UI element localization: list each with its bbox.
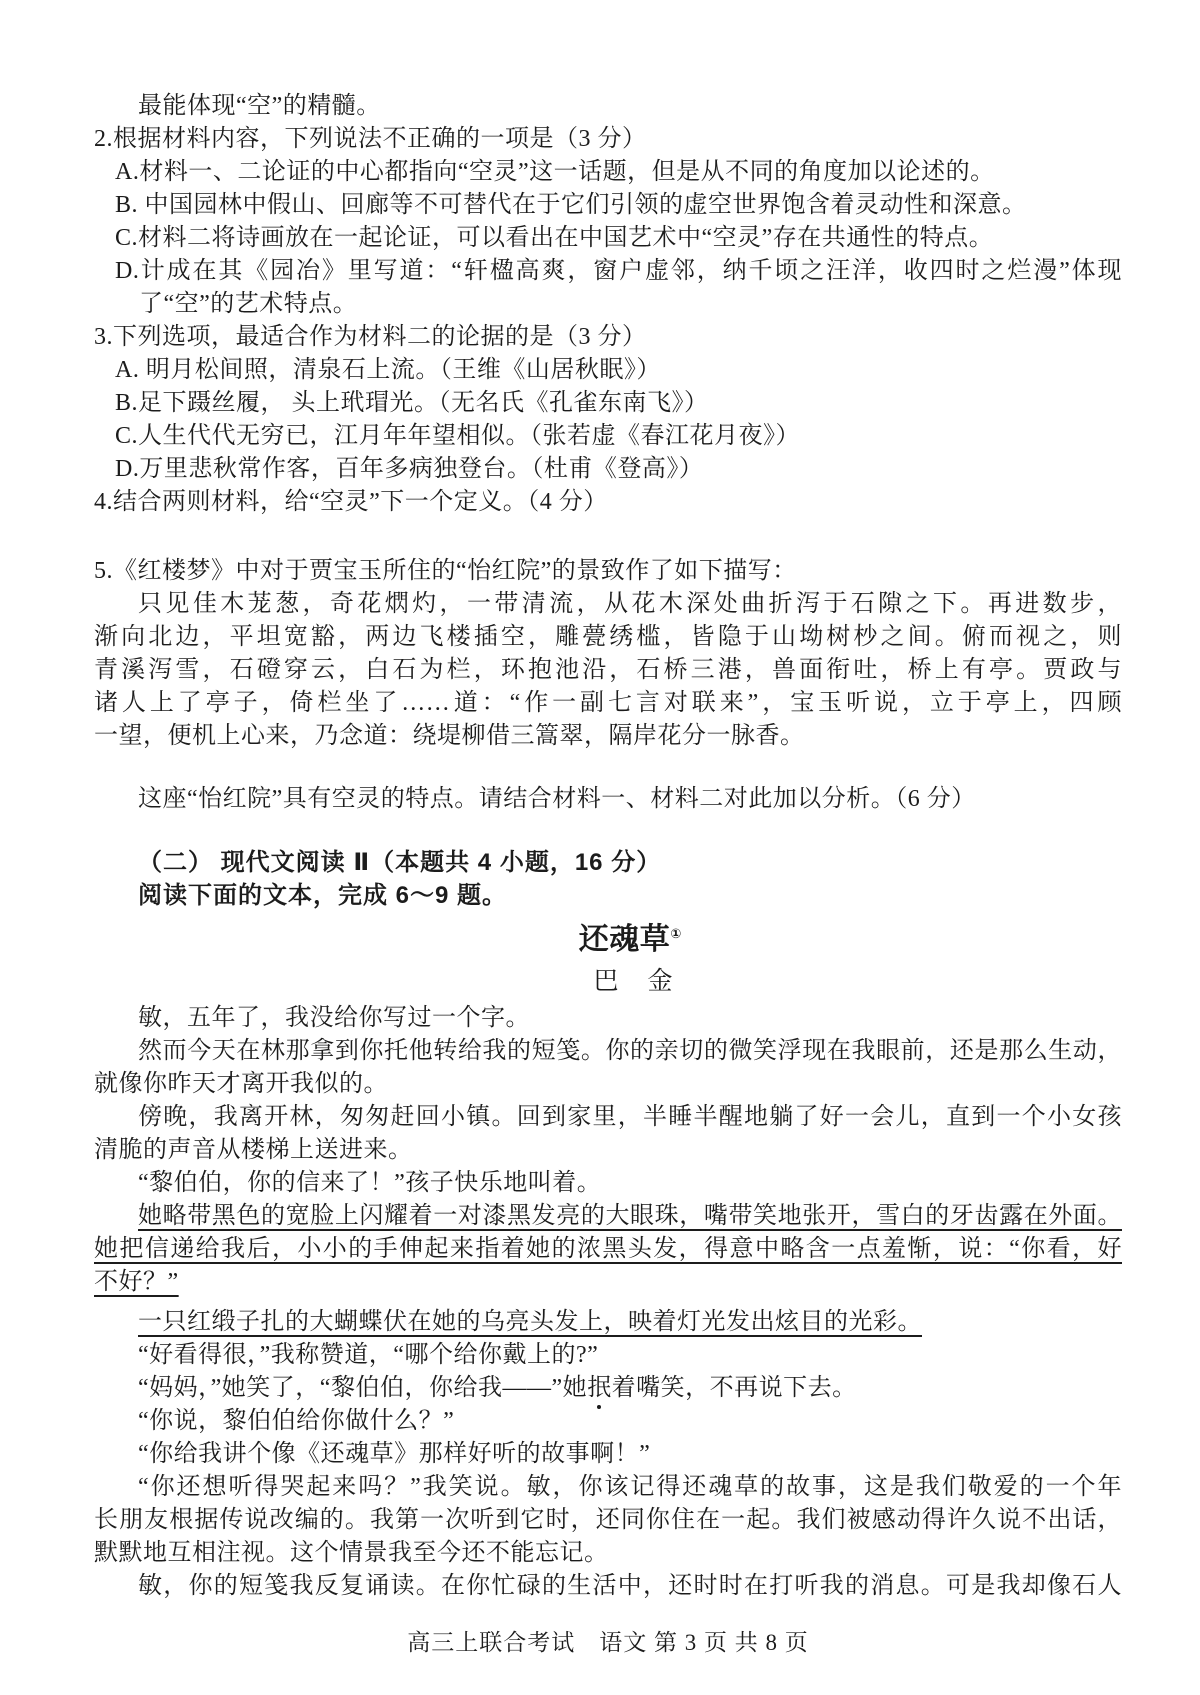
text-segment: 她把信递给我后，小小的手伸起来指着她的浓黑头发，得意中略含一点羞惭，说：“你看，… [94, 1236, 1122, 1262]
question-2-option-b: B. 中国园林中假山、回廊等不可替代在于它们引领的虚空世界饱含着灵动性和深意。 [94, 189, 1122, 222]
passage-line-underlined: 一只红缎子扎的大蝴蝶伏在她的乌亮头发上，映着灯光发出炫目的光彩。 [94, 1306, 1122, 1339]
passage-line: “你说，黎伯伯给你做什么？” [94, 1405, 1122, 1438]
question-3-option-b: B.足下蹑丝履， 头上玳瑁光。（无名氏《孔雀东南飞》） [94, 387, 1122, 420]
passage-line: “黎伯伯，你的信来了！”孩子快乐地叫着。 [94, 1167, 1122, 1200]
text-segment: 着嘴笑，不再说下去。 [612, 1375, 857, 1401]
passage-author: 巴 金 [120, 962, 1148, 1002]
text-segment: “你给我讲个像《还魂草》那样好听的故事啊！” [138, 1441, 650, 1467]
passage-line: 清脆的声音从楼梯上送进来。 [94, 1134, 1122, 1167]
exam-page: 最能体现“空”的精髓。2.根据材料内容，下列说法不正确的一项是（3 分）A.材料… [0, 0, 1200, 1695]
passage-line: 敏，五年了，我没给你写过一个字。 [94, 1002, 1122, 1035]
text-segment: 她略带黑色的宽脸上闪耀着一对漆黑发亮的大眼珠，嘴带笑地张开，雪白的牙齿露在外面。 [138, 1203, 1122, 1229]
document-lines: 最能体现“空”的精髓。2.根据材料内容，下列说法不正确的一项是（3 分）A.材料… [94, 90, 1122, 1603]
text-segment: C.人生代代无穷已，江月年年望相似。（张若虚《春江花月夜》） [115, 423, 800, 449]
passage-line: 傍晚，我离开林，匆匆赶回小镇。回到家里，半睡半醒地躺了好一会儿，直到一个小女孩 [94, 1101, 1122, 1134]
text-segment: 长朋友根据传说改编的。我第一次听到它时，还同你住在一起。我们被感动得许久说不出话… [94, 1507, 1122, 1533]
question-3-option-c: C.人生代代无穷已，江月年年望相似。（张若虚《春江花月夜》） [94, 420, 1122, 453]
text-segment: 还魂草 [579, 923, 671, 956]
text-segment: 4.结合两则材料，给“空灵”下一个定义。（4 分） [94, 489, 608, 515]
text-segment: D.计成在其《园冶》里写道：“轩楹高爽，窗户虚邻，纳千顷之汪洋，收四时之烂漫”体… [115, 258, 1122, 284]
passage-line: 长朋友根据传说改编的。我第一次听到它时，还同你住在一起。我们被感动得许久说不出话… [94, 1504, 1122, 1537]
text-segment: 这座“怡红院”具有空灵的特点。请结合材料一、材料二对此加以分析。（6 分） [138, 786, 976, 812]
text-segment: 5.《红楼梦》中对于贾宝玉所住的“怡红院”的景致作了如下描写： [94, 558, 797, 584]
question-3-option-d: D.万里悲秋常作客，百年多病独登台。（杜甫《登高》） [94, 453, 1122, 486]
text-segment: 然而今天在林那拿到你托他转给我的短笺。你的亲切的微笑浮现在我眼前，还是那么生动， [138, 1038, 1122, 1064]
text-segment: “黎伯伯，你的信来了！”孩子快乐地叫着。 [138, 1170, 601, 1196]
passage-title: 还魂草① [116, 912, 1144, 962]
text-segment: （二） 现代文阅读 Ⅱ（本题共 4 小题，16 分） [138, 849, 661, 876]
passage-line: “你还想听得哭起来吗？”我笑说。敏，你该记得还魂草的故事，这是我们敬爱的一个年 [94, 1471, 1122, 1504]
passage-line-emphasis: “妈妈，”她笑了，“黎伯伯，你给我——”她抿着嘴笑，不再说下去。 [94, 1372, 1122, 1405]
text-segment: 傍晚，我离开林，匆匆赶回小镇。回到家里，半睡半醒地躺了好一会儿，直到一个小女孩 [138, 1104, 1122, 1130]
text-segment: 渐向北边，平坦宽豁，两边飞楼插空，雕甍绣槛，皆隐于山坳树杪之间。俯而视之，则 [94, 624, 1122, 650]
text-segment: D.万里悲秋常作客，百年多病独登台。（杜甫《登高》） [115, 456, 703, 482]
text-segment: 青溪泻雪，石磴穿云，白石为栏，环抱池沿，石桥三港，兽面衔吐，桥上有亭。贾政与 [94, 657, 1122, 683]
text-segment: 不好？” [94, 1269, 179, 1295]
passage-line-underlined: 她把信递给我后，小小的手伸起来指着她的浓黑头发，得意中略含一点羞惭，说：“你看，… [94, 1233, 1122, 1266]
question-3-option-a: A. 明月松间照，清泉石上流。（王维《山居秋眠》） [94, 354, 1122, 387]
text-segment: 阅读下面的文本，完成 6～9 题。 [138, 882, 507, 909]
passage-line: 然而今天在林那拿到你托他转给我的短笺。你的亲切的微笑浮现在我眼前，还是那么生动， [94, 1035, 1122, 1068]
text-segment: C.材料二将诗画放在一起论证，可以看出在中国艺术中“空灵”存在共通性的特点。 [115, 225, 993, 251]
text-segment: A. 明月松间照，清泉石上流。（王维《山居秋眠》） [115, 357, 661, 383]
carryover-line: 最能体现“空”的精髓。 [94, 90, 1122, 123]
text-segment: “妈妈，”她笑了，“黎伯伯，你给我——”她 [138, 1375, 587, 1401]
text-segment: 了“空”的艺术特点。 [139, 291, 357, 317]
footnote-ref: ① [670, 926, 681, 941]
quote-line: 青溪泻雪，石磴穿云，白石为栏，环抱池沿，石桥三港，兽面衔吐，桥上有亭。贾政与 [94, 654, 1122, 687]
quote-line: 只见佳木茏葱，奇花熌灼，一带清流，从花木深处曲折泻于石隙之下。再进数步， [94, 588, 1122, 621]
text-segment: 只见佳木茏葱，奇花熌灼，一带清流，从花木深处曲折泻于石隙之下。再进数步， [138, 591, 1122, 617]
text-segment: 敏，你的短笺我反复诵读。在你忙碌的生活中，还时时在打听我的消息。可是我却像石人 [138, 1573, 1122, 1599]
text-segment: “你还想听得哭起来吗？”我笑说。敏，你该记得还魂草的故事，这是我们敬爱的一个年 [138, 1474, 1122, 1500]
text-segment: 巴 金 [593, 968, 674, 995]
text-segment: 最能体现“空”的精髓。 [138, 93, 381, 119]
passage-line-underlined: 不好？” [94, 1266, 1122, 1299]
question-4: 4.结合两则材料，给“空灵”下一个定义。（4 分） [94, 486, 1122, 519]
text-segment: 敏，五年了，我没给你写过一个字。 [138, 1005, 530, 1031]
text-segment: 一望，便机上心来，乃念道：绕堤柳借三篙翠，隔岸花分一脉香。 [94, 723, 805, 749]
passage-line-underlined: 她略带黑色的宽脸上闪耀着一对漆黑发亮的大眼珠，嘴带笑地张开，雪白的牙齿露在外面。 [94, 1200, 1122, 1233]
passage-line: 就像你昨天才离开我似的。 [94, 1068, 1122, 1101]
question-5: 5.《红楼梦》中对于贾宝玉所住的“怡红院”的景致作了如下描写： [94, 555, 1122, 588]
passage-line: “你给我讲个像《还魂草》那样好听的故事啊！” [94, 1438, 1122, 1471]
quote-line: 诸人上了亭子，倚栏坐了……道：“作一副七言对联来”，宝玉听说，立于亭上，四顾 [94, 687, 1122, 720]
text-segment: A.材料一、二论证的中心都指向“空灵”这一话题，但是从不同的角度加以论述的。 [115, 159, 995, 185]
text-segment: 3.下列选项，最适合作为材料二的论据的是（3 分） [94, 324, 647, 350]
question-3: 3.下列选项，最适合作为材料二的论据的是（3 分） [94, 321, 1122, 354]
text-segment: 一只红缎子扎的大蝴蝶伏在她的乌亮头发上，映着灯光发出炫目的光彩。 [138, 1309, 922, 1335]
question-2-option-a: A.材料一、二论证的中心都指向“空灵”这一话题，但是从不同的角度加以论述的。 [94, 156, 1122, 189]
question-2: 2.根据材料内容，下列说法不正确的一项是（3 分） [94, 123, 1122, 156]
text-segment: 诸人上了亭子，倚栏坐了……道：“作一副七言对联来”，宝玉听说，立于亭上，四顾 [94, 690, 1122, 716]
question-2-option-c: C.材料二将诗画放在一起论证，可以看出在中国艺术中“空灵”存在共通性的特点。 [94, 222, 1122, 255]
passage-line: “好看得很，”我称赞道，“哪个给你戴上的?” [94, 1339, 1122, 1372]
text-segment: B.足下蹑丝履， 头上玳瑁光。（无名氏《孔雀东南飞》） [115, 390, 709, 416]
quote-line: 渐向北边，平坦宽豁，两边飞楼插空，雕甍绣槛，皆隐于山坳树杪之间。俯而视之，则 [94, 621, 1122, 654]
text-segment: 清脆的声音从楼梯上送进来。 [94, 1137, 413, 1163]
section-2-heading: （二） 现代文阅读 Ⅱ（本题共 4 小题，16 分） [94, 846, 1122, 879]
text-segment: 默默地互相注视。这个情景我至今还不能忘记。 [94, 1540, 609, 1566]
text-segment: 2.根据材料内容，下列说法不正确的一项是（3 分） [94, 126, 647, 152]
emphasis-dot-mark: 抿 [587, 1375, 612, 1401]
text-segment: 就像你昨天才离开我似的。 [94, 1071, 388, 1097]
section-2-instruction: 阅读下面的文本，完成 6～9 题。 [94, 879, 1122, 912]
question-5-prompt: 这座“怡红院”具有空灵的特点。请结合材料一、材料二对此加以分析。（6 分） [94, 783, 1122, 816]
page-footer: 高三上联合考试 语文 第 3 页 共 8 页 [94, 1627, 1122, 1659]
text-segment: “好看得很，”我称赞道，“哪个给你戴上的?” [138, 1342, 598, 1368]
question-2-option-d-cont: 了“空”的艺术特点。 [94, 288, 1122, 321]
text-segment: B. 中国园林中假山、回廊等不可替代在于它们引领的虚空世界饱含着灵动性和深意。 [115, 192, 1027, 218]
passage-line: 敏，你的短笺我反复诵读。在你忙碌的生活中，还时时在打听我的消息。可是我却像石人 [94, 1570, 1122, 1603]
quote-line: 一望，便机上心来，乃念道：绕堤柳借三篙翠，隔岸花分一脉香。 [94, 720, 1122, 753]
question-2-option-d: D.计成在其《园冶》里写道：“轩楹高爽，窗户虚邻，纳千顷之汪洋，收四时之烂漫”体… [94, 255, 1122, 288]
passage-line: 默默地互相注视。这个情景我至今还不能忘记。 [94, 1537, 1122, 1570]
text-segment: “你说，黎伯伯给你做什么？” [138, 1408, 454, 1434]
